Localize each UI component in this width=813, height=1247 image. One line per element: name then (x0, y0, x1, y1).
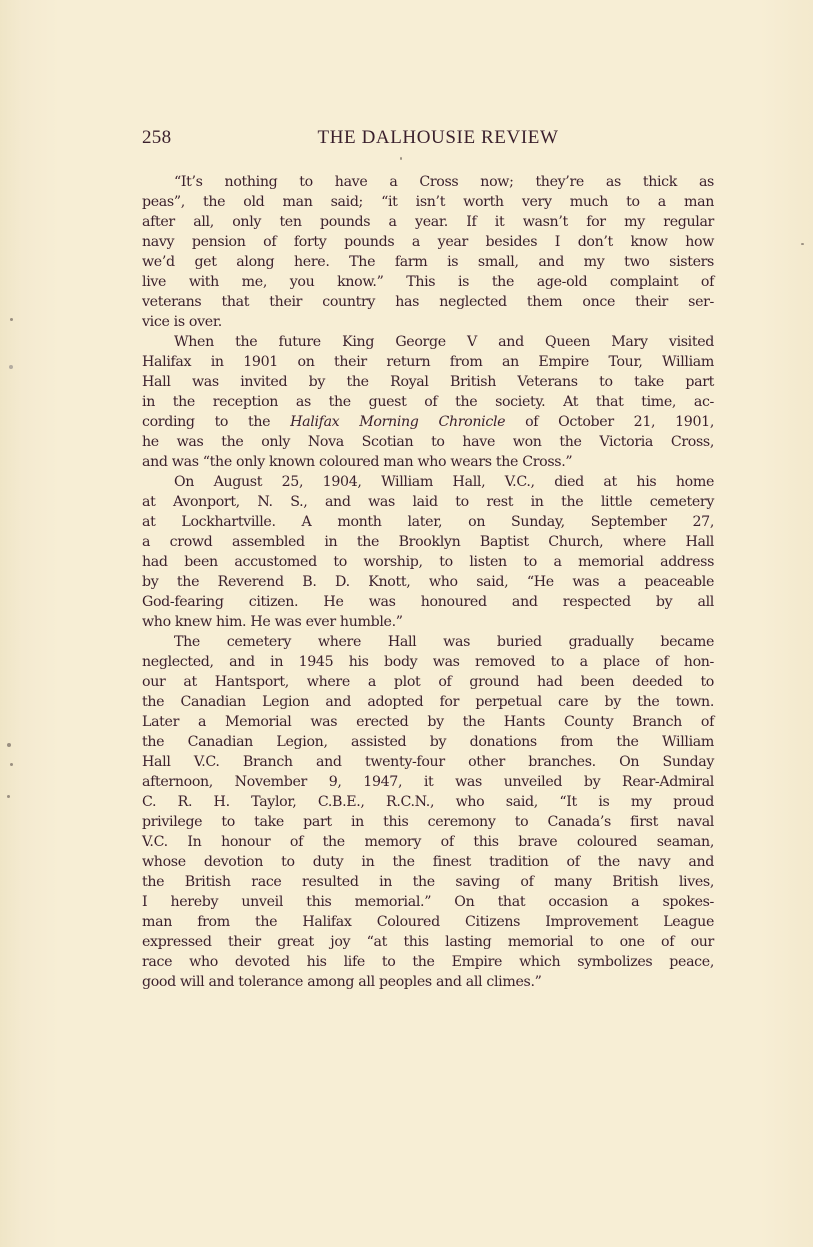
paragraph-4: The cemetery where Hall was buried gradu… (142, 632, 714, 992)
text-line: our at Hantsport, where a plot of ground… (142, 672, 714, 692)
paper-speck (7, 795, 10, 798)
text-line: by the Reverend B. D. Knott, who said, “… (142, 572, 714, 592)
text-line: at Avonport, N. S., and was laid to rest… (142, 492, 714, 512)
text-line: navy pension of forty pounds a year besi… (142, 232, 714, 252)
text-line: Later a Memorial was erected by the Hant… (142, 712, 714, 732)
text-line: veterans that their country has neglecte… (142, 292, 714, 312)
text-line: privilege to take part in this ceremony … (142, 812, 714, 832)
text-line: a crowd assembled in the Brooklyn Baptis… (142, 532, 714, 552)
running-head: THE DALHOUSIE REVIEW (142, 127, 714, 149)
text-line: vice is over. (142, 312, 714, 332)
text-line: When the future King George V and Queen … (142, 332, 714, 352)
text-line-with-citation: cording to the Halifax Morning Chronicle… (142, 412, 714, 432)
text-line: Hall V.C. Branch and twenty-four other b… (142, 752, 714, 772)
text-line: the British race resulted in the saving … (142, 872, 714, 892)
text-line: who knew him. He was ever humble.” (142, 612, 714, 632)
text-line: the Canadian Legion and adopted for perp… (142, 692, 714, 712)
text-line: at Lockhartville. A month later, on Sund… (142, 512, 714, 532)
text-line: I hereby unveil this memorial.” On that … (142, 892, 714, 912)
text-line: he was the only Nova Scotian to have won… (142, 432, 714, 452)
text-line: man from the Halifax Coloured Citizens I… (142, 912, 714, 932)
article-body: “It’s nothing to have a Cross now; they’… (142, 172, 714, 992)
page-header: 258 THE DALHOUSIE REVIEW (142, 127, 714, 151)
text-line: peas”, the old man said; “it isn’t worth… (142, 192, 714, 212)
text-line: the Canadian Legion, assisted by donatio… (142, 732, 714, 752)
text-line: neglected, and in 1945 his body was remo… (142, 652, 714, 672)
text-line: live with me, you know.” This is the age… (142, 272, 714, 292)
paper-speck (9, 365, 13, 369)
text-line: race who devoted his life to the Empire … (142, 952, 714, 972)
text-line: after all, only ten pounds a year. If it… (142, 212, 714, 232)
paper-speck (801, 243, 804, 245)
paragraph-3: On August 25, 1904, William Hall, V.C., … (142, 472, 714, 632)
text-line: C. R. H. Taylor, C.B.E., R.C.N., who sai… (142, 792, 714, 812)
text-line: good will and tolerance among all people… (142, 972, 714, 992)
text-line: God-fearing citizen. He was honoured and… (142, 592, 714, 612)
paragraph-1: “It’s nothing to have a Cross now; they’… (142, 172, 714, 332)
paper-speck (400, 157, 402, 160)
text-line: in the reception as the guest of the soc… (142, 392, 714, 412)
text-segment: cording to the (142, 414, 290, 430)
paper-speck (7, 743, 11, 747)
text-line: afternoon, November 9, 1947, it was unve… (142, 772, 714, 792)
text-line: Halifax in 1901 on their return from an … (142, 352, 714, 372)
newspaper-title: Halifax Morning Chronicle (290, 414, 505, 430)
text-segment: of October 21, 1901, (505, 414, 714, 430)
paragraph-2: When the future King George V and Queen … (142, 332, 714, 472)
paper-speck (10, 763, 13, 766)
text-line: “It’s nothing to have a Cross now; they’… (142, 172, 714, 192)
text-line: The cemetery where Hall was buried gradu… (142, 632, 714, 652)
text-line: had been accustomed to worship, to liste… (142, 552, 714, 572)
text-line: Hall was invited by the Royal British Ve… (142, 372, 714, 392)
text-line: expressed their great joy “at this lasti… (142, 932, 714, 952)
text-line: and was “the only known coloured man who… (142, 452, 714, 472)
paper-speck (10, 318, 13, 321)
text-line: we’d get along here. The farm is small, … (142, 252, 714, 272)
text-line: whose devotion to duty in the finest tra… (142, 852, 714, 872)
text-line: On August 25, 1904, William Hall, V.C., … (142, 472, 714, 492)
text-line: V.C. In honour of the memory of this bra… (142, 832, 714, 852)
